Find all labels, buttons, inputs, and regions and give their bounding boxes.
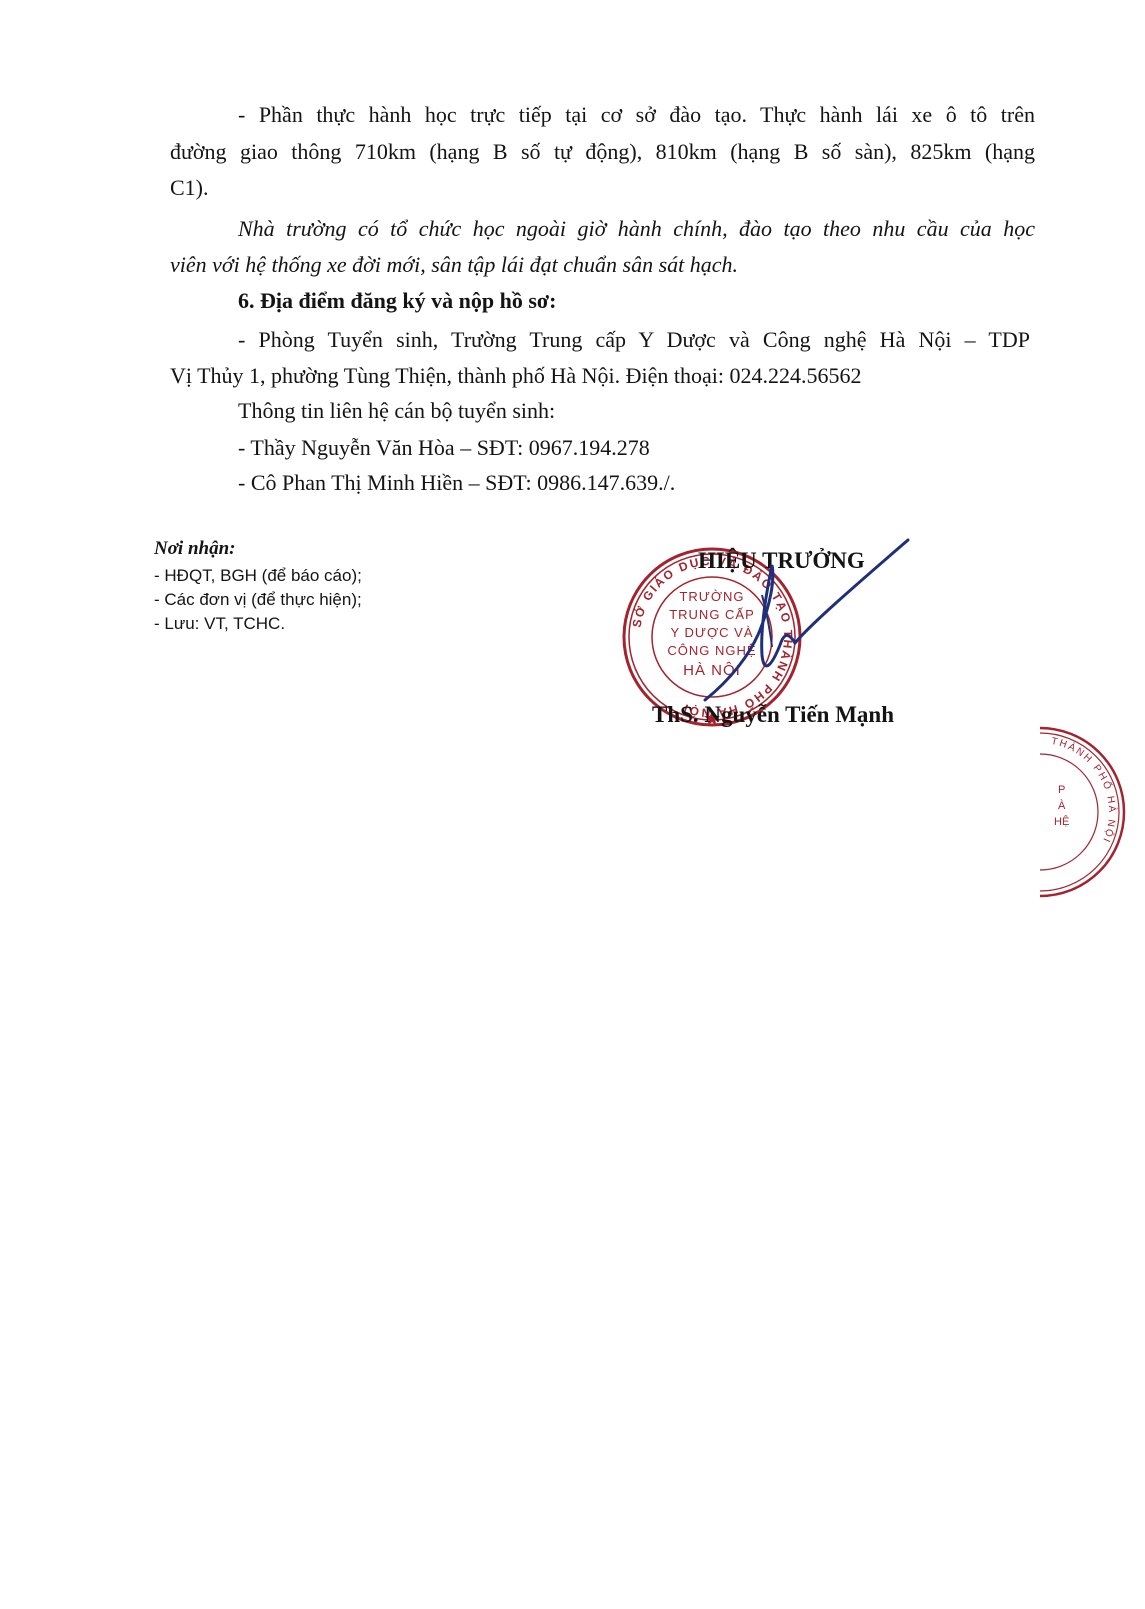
recipients-title: Nơi nhận: <box>154 538 235 560</box>
contact-item: - Thầy Nguyễn Văn Hòa – SĐT: 0967.194.27… <box>238 435 650 461</box>
edge-stamp-fragment: P <box>1058 784 1065 796</box>
edge-seal-stamp: THÀNH PHỐ HÀ NỘI P À HỆ <box>1040 725 1145 900</box>
practice-paragraph-line-1: - Phần thực hành học trực tiếp tại cơ sở… <box>170 102 1035 128</box>
registration-address-line-1: - Phòng Tuyển sinh, Trường Trung cấp Y D… <box>170 327 1030 353</box>
recipient-item: - Các đơn vị (để thực hiện); <box>154 588 362 611</box>
note-paragraph-line-2: viên với hệ thống xe đời mới, sân tập lá… <box>170 252 738 278</box>
contact-intro: Thông tin liên hệ cán bộ tuyển sinh: <box>238 398 555 424</box>
note-paragraph-line-1: Nhà trường có tổ chức học ngoài giờ hành… <box>170 216 1035 242</box>
edge-stamp-fragment: À <box>1058 799 1066 812</box>
practice-paragraph-line-3: C1). <box>170 175 209 201</box>
recipient-item: - Lưu: VT, TCHC. <box>154 612 285 635</box>
section-6-heading: 6. Địa điểm đăng ký và nộp hồ sơ: <box>238 288 556 314</box>
edge-stamp-fragment: HỆ <box>1054 815 1069 828</box>
registration-address-line-2: Vị Thủy 1, phường Tùng Thiện, thành phố … <box>170 363 861 389</box>
contact-item: - Cô Phan Thị Minh Hiền – SĐT: 0986.147.… <box>238 470 675 496</box>
handwritten-signature <box>700 535 915 715</box>
recipient-item: - HĐQT, BGH (để báo cáo); <box>154 564 362 587</box>
practice-paragraph-line-2: đường giao thông 710km (hạng B số tự độn… <box>170 139 1035 165</box>
